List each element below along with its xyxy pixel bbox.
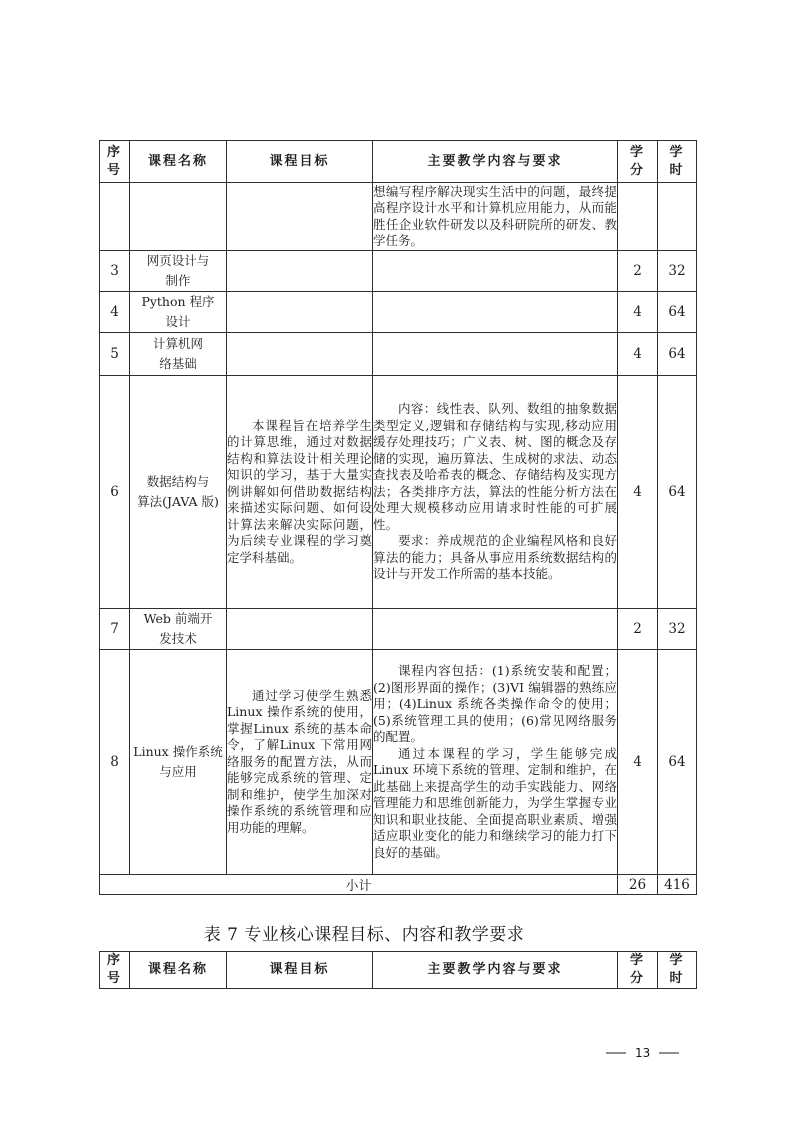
cell-content (373, 292, 618, 333)
header-cell-no: 序 号 (100, 952, 130, 989)
page-number-dash-left (606, 1052, 626, 1054)
header-cell-hours: 学 时 (658, 952, 697, 989)
cell-credit: 4 (618, 333, 658, 376)
cell-no (100, 183, 130, 251)
content-paragraph: 课程内容包括：(1)系统安装和配置；(2)图形界面的操作；(3)VI 编辑器的熟… (373, 663, 617, 746)
cell-hours: 64 (658, 376, 697, 609)
cell-no: 8 (100, 650, 130, 875)
page-number-dash-right (659, 1052, 679, 1054)
cell-hours (658, 183, 697, 251)
cell-hours: 64 (658, 650, 697, 875)
cell-content: 课程内容包括：(1)系统安装和配置；(2)图形界面的操作；(3)VI 编辑器的熟… (373, 650, 618, 875)
header-cell-course-name: 课程名称 (130, 952, 227, 989)
cell-hours: 64 (658, 333, 697, 376)
cell-credit: 2 (618, 609, 658, 650)
cell-credit: 4 (618, 376, 658, 609)
subtotal-row: 小计 26 416 (100, 875, 697, 895)
table-row-continuation: 想编写程序解决现实生活中的问题，最终提高程序设计水平和计算机应用能力，从而能胜任… (100, 183, 697, 251)
course-table-continued: 序 号 课程名称 课程目标 主要教学内容与要求 学 分 学 时 想编写程序解决现… (99, 140, 697, 895)
cell-credit: 4 (618, 650, 658, 875)
objective-paragraph: 本课程旨在培养学生的计算思维，通过对数据结构和算法设计相关理论知识的学习，基于大… (227, 418, 372, 567)
cell-credit: 4 (618, 292, 658, 333)
cell-no: 5 (100, 333, 130, 376)
cell-objective (227, 333, 373, 376)
cell-course-name (130, 183, 227, 251)
content-paragraph: 要求：养成规范的企业编程风格和良好算法的能力；具备从事应用系统数据结构的设计与开… (373, 533, 617, 583)
table-row-course-7: 7 Web 前端开 发技术 2 32 (100, 609, 697, 650)
cell-objective: 本课程旨在培养学生的计算思维，通过对数据结构和算法设计相关理论知识的学习，基于大… (227, 376, 373, 609)
cell-course-name: 计算机网 络基础 (130, 333, 227, 376)
subtotal-credit: 26 (618, 875, 658, 895)
table-header-row: 序 号 课程名称 课程目标 主要教学内容与要求 学 分 学 时 (100, 952, 697, 989)
cell-objective (227, 609, 373, 650)
cell-hours: 32 (658, 609, 697, 650)
cell-content (373, 609, 618, 650)
header-cell-objective: 课程目标 (227, 952, 373, 989)
page-number: 13 (606, 1046, 679, 1060)
cell-course-name: Linux 操作系统 与应用 (130, 650, 227, 875)
cell-objective (227, 183, 373, 251)
content-paragraph: 内容：线性表、队列、数组的抽象数据类型定义,逻辑和存储结构与实现,移动应用缓存处… (373, 401, 617, 533)
cell-objective: 通过学习使学生熟悉Linux 操作系统的使用，掌握Linux 系统的基本命令，了… (227, 650, 373, 875)
header-cell-credit: 学 分 (618, 952, 658, 989)
content-paragraph: 通过本课程的学习，学生能够完成Linux 环境下系统的管理、定制和维护，在此基础… (373, 746, 617, 862)
cell-content (373, 333, 618, 376)
table7-title: 表 7 专业核心课程目标、内容和教学要求 (99, 920, 629, 945)
cell-hours: 32 (658, 251, 697, 292)
subtotal-label: 小计 (100, 875, 618, 895)
table-row-course-8: 8 Linux 操作系统 与应用 通过学习使学生熟悉Linux 操作系统的使用，… (100, 650, 697, 875)
cell-content: 内容：线性表、队列、数组的抽象数据类型定义,逻辑和存储结构与实现,移动应用缓存处… (373, 376, 618, 609)
cell-hours: 64 (658, 292, 697, 333)
header-cell-content: 主要教学内容与要求 (373, 952, 618, 989)
page-number-value: 13 (635, 1046, 650, 1060)
core-course-table: 序 号 课程名称 课程目标 主要教学内容与要求 学 分 学 时 (99, 951, 697, 989)
cell-no: 6 (100, 376, 130, 609)
cell-credit (618, 183, 658, 251)
cell-objective (227, 251, 373, 292)
cell-no: 4 (100, 292, 130, 333)
cell-content (373, 251, 618, 292)
table-row-course-6: 6 数据结构与 算法(JAVA 版) 本课程旨在培养学生的计算思维，通过对数据结… (100, 376, 697, 609)
cell-course-name: Python 程序 设计 (130, 292, 227, 333)
cell-course-name: 数据结构与 算法(JAVA 版) (130, 376, 227, 609)
header-cell-course-name: 课程名称 (130, 141, 227, 183)
table-row-course-3: 3 网页设计与 制作 2 32 (100, 251, 697, 292)
cell-content: 想编写程序解决现实生活中的问题，最终提高程序设计水平和计算机应用能力，从而能胜任… (373, 183, 618, 251)
subtotal-hours: 416 (658, 875, 697, 895)
cell-no: 7 (100, 609, 130, 650)
cell-no: 3 (100, 251, 130, 292)
header-cell-credit: 学 分 (618, 141, 658, 183)
cell-course-name: 网页设计与 制作 (130, 251, 227, 292)
table-row-course-5: 5 计算机网 络基础 4 64 (100, 333, 697, 376)
cell-course-name: Web 前端开 发技术 (130, 609, 227, 650)
content-paragraph: 想编写程序解决现实生活中的问题，最终提高程序设计水平和计算机应用能力，从而能胜任… (373, 184, 617, 250)
cell-objective (227, 292, 373, 333)
cell-credit: 2 (618, 251, 658, 292)
header-cell-content: 主要教学内容与要求 (373, 141, 618, 183)
table-header-row: 序 号 课程名称 课程目标 主要教学内容与要求 学 分 学 时 (100, 141, 697, 183)
header-cell-objective: 课程目标 (227, 141, 373, 183)
document-page: 序 号 课程名称 课程目标 主要教学内容与要求 学 分 学 时 想编写程序解决现… (0, 0, 793, 1122)
table-row-course-4: 4 Python 程序 设计 4 64 (100, 292, 697, 333)
header-cell-hours: 学 时 (658, 141, 697, 183)
header-cell-no: 序 号 (100, 141, 130, 183)
objective-paragraph: 通过学习使学生熟悉Linux 操作系统的使用，掌握Linux 系统的基本命令，了… (227, 688, 372, 837)
